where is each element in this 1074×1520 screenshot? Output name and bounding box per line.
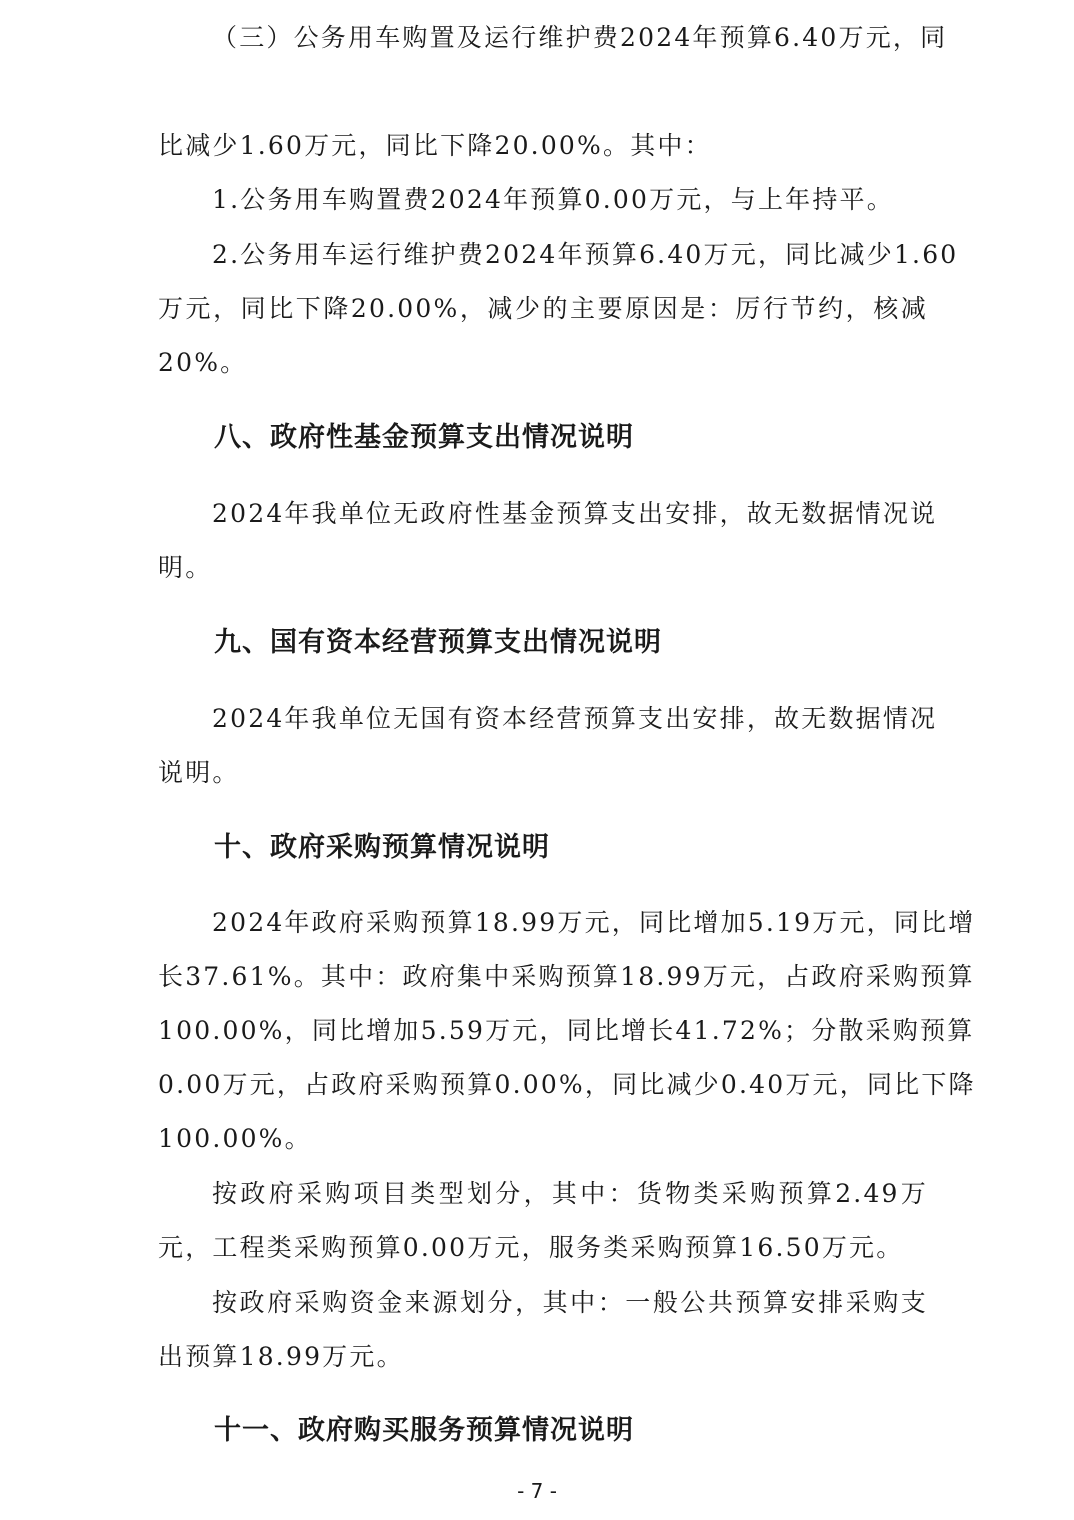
paragraph-line: （三）公务用车购置及运行维护费2024年预算6.40万元，同: [212, 21, 928, 55]
paragraph-line: 按政府采购项目类型划分，其中：货物类采购预算2.49万: [212, 1177, 928, 1211]
paragraph-line: 长37.61%。其中：政府集中采购预算18.99万元，占政府采购预算: [158, 960, 928, 994]
paragraph-line: 2.公务用车运行维护费2024年预算6.40万元，同比减少1.60: [212, 238, 928, 272]
section-heading: 八、政府性基金预算支出情况说明: [214, 420, 634, 456]
paragraph-line: 100.00%。: [158, 1122, 928, 1156]
paragraph-line: 2024年政府采购预算18.99万元，同比增加5.19万元，同比增: [212, 906, 928, 940]
paragraph-line: 0.00万元，占政府采购预算0.00%，同比减少0.40万元，同比下降: [158, 1068, 928, 1102]
section-heading: 十、政府采购预算情况说明: [214, 830, 550, 866]
paragraph-line: 按政府采购资金来源划分，其中：一般公共预算安排采购支: [212, 1286, 928, 1320]
paragraph-line: 说明。: [158, 756, 928, 790]
section-heading: 十一、政府购买服务预算情况说明: [214, 1413, 634, 1449]
paragraph-line: 20%。: [158, 346, 928, 380]
paragraph-line: 2024年我单位无国有资本经营预算支出安排，故无数据情况: [212, 702, 928, 736]
paragraph-line: 100.00%，同比增加5.59万元，同比增长41.72%；分散采购预算: [158, 1014, 928, 1048]
page-number: - 7 -: [0, 1478, 1074, 1504]
section-heading: 九、国有资本经营预算支出情况说明: [214, 625, 662, 661]
document-page: （三）公务用车购置及运行维护费2024年预算6.40万元，同 比减少1.60万元…: [0, 0, 1074, 1520]
paragraph-line: 出预算18.99万元。: [158, 1340, 928, 1374]
paragraph-line: 2024年我单位无政府性基金预算支出安排，故无数据情况说: [212, 497, 928, 531]
paragraph-line: 明。: [158, 551, 928, 585]
paragraph-line: 1.公务用车购置费2024年预算0.00万元，与上年持平。: [212, 183, 928, 217]
paragraph-line: 万元，同比下降20.00%，减少的主要原因是：厉行节约，核减: [158, 292, 928, 326]
paragraph-line: 元，工程类采购预算0.00万元，服务类采购预算16.50万元。: [158, 1231, 928, 1265]
paragraph-line: 比减少1.60万元，同比下降20.00%。其中：: [158, 129, 928, 163]
